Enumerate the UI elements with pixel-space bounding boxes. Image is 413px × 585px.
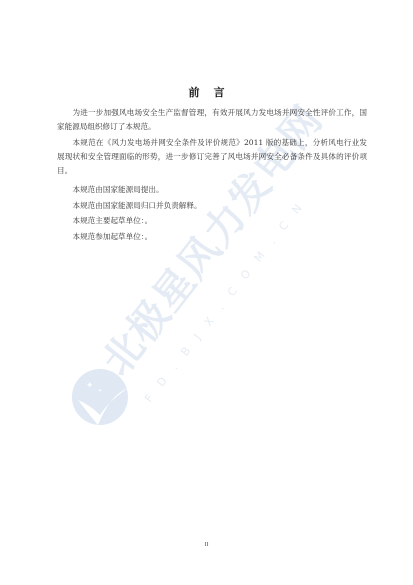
svg-text:✦: ✦	[86, 381, 94, 391]
paragraph-basis: 本规范在《风力发电场并网安全条件及评价规范》2011 版的基础上，分析风电行业发…	[57, 136, 367, 178]
statement-main-drafters: 本规范主要起草单位：。	[57, 213, 367, 229]
svg-text:✦: ✦	[98, 388, 102, 394]
paragraph-purpose: 为进一步加强风电场安全生产监督管理，有效开展风力发电场并网安全性评价工作，国家能…	[57, 106, 367, 134]
document-body: 为进一步加强风电场安全生产监督管理，有效开展风力发电场并网安全性评价工作，国家能…	[57, 106, 367, 244]
page-number: II	[0, 541, 413, 548]
document-page: ✦ ✦ 北极星风力发电网 F D . B J X . C O M . C N 前…	[0, 0, 413, 585]
statement-participating-drafters: 本规范参加起草单位：。	[57, 229, 367, 245]
star-logo-icon: ✦ ✦	[72, 369, 128, 425]
statement-interpretation: 本规范由国家能源局归口并负责解释。	[57, 198, 367, 214]
page-title: 前言	[0, 84, 413, 100]
statement-proposed: 本规范由国家能源局提出。	[57, 182, 367, 198]
